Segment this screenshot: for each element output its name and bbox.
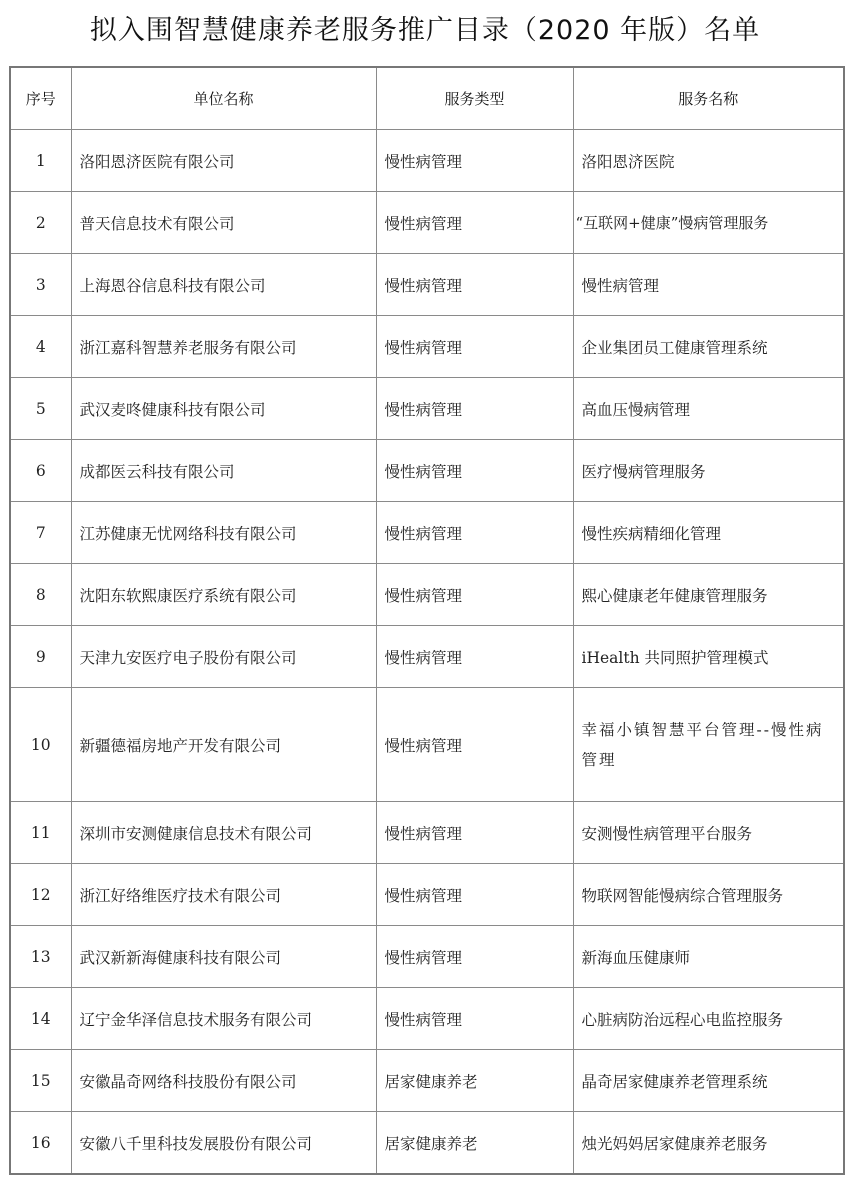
row-unit-name: 辽宁金华泽信息技术服务有限公司 bbox=[71, 988, 376, 1050]
row-index: 3 bbox=[10, 254, 71, 316]
table-row: 6 成都医云科技有限公司 慢性病管理 医疗慢病管理服务 bbox=[10, 440, 844, 502]
header-service-type: 服务类型 bbox=[376, 67, 573, 130]
row-service-type: 慢性病管理 bbox=[376, 688, 573, 802]
row-service-name: 洛阳恩济医院 bbox=[573, 130, 844, 192]
row-unit-name: 洛阳恩济医院有限公司 bbox=[71, 130, 376, 192]
row-service-name: 慢性疾病精细化管理 bbox=[573, 502, 844, 564]
row-service-type: 慢性病管理 bbox=[376, 130, 573, 192]
table-row: 10 新疆德福房地产开发有限公司 慢性病管理 幸福小镇智慧平台管理--慢性病管理 bbox=[10, 688, 844, 802]
row-service-name: 心脏病防治远程心电监控服务 bbox=[573, 988, 844, 1050]
row-service-name: 幸福小镇智慧平台管理--慢性病管理 bbox=[573, 688, 844, 802]
table-row: 16 安徽八千里科技发展股份有限公司 居家健康养老 烛光妈妈居家健康养老服务 bbox=[10, 1112, 844, 1175]
row-service-name: “互联网+健康”慢病管理服务 bbox=[573, 192, 844, 254]
row-index: 10 bbox=[10, 688, 71, 802]
row-index: 7 bbox=[10, 502, 71, 564]
row-service-type: 慢性病管理 bbox=[376, 988, 573, 1050]
table-row: 11 深圳市安测健康信息技术有限公司 慢性病管理 安测慢性病管理平台服务 bbox=[10, 802, 844, 864]
row-service-type: 慢性病管理 bbox=[376, 626, 573, 688]
row-index: 14 bbox=[10, 988, 71, 1050]
row-unit-name: 安徽晶奇网络科技股份有限公司 bbox=[71, 1050, 376, 1112]
header-unit-name: 单位名称 bbox=[71, 67, 376, 130]
table-row: 7 江苏健康无忧网络科技有限公司 慢性病管理 慢性疾病精细化管理 bbox=[10, 502, 844, 564]
table-row: 8 沈阳东软熙康医疗系统有限公司 慢性病管理 熙心健康老年健康管理服务 bbox=[10, 564, 844, 626]
row-unit-name: 深圳市安测健康信息技术有限公司 bbox=[71, 802, 376, 864]
row-index: 11 bbox=[10, 802, 71, 864]
row-unit-name: 天津九安医疗电子股份有限公司 bbox=[71, 626, 376, 688]
row-index: 5 bbox=[10, 378, 71, 440]
row-unit-name: 安徽八千里科技发展股份有限公司 bbox=[71, 1112, 376, 1175]
row-index: 15 bbox=[10, 1050, 71, 1112]
row-unit-name: 武汉麦咚健康科技有限公司 bbox=[71, 378, 376, 440]
table-row: 1 洛阳恩济医院有限公司 慢性病管理 洛阳恩济医院 bbox=[10, 130, 844, 192]
row-unit-name: 江苏健康无忧网络科技有限公司 bbox=[71, 502, 376, 564]
row-index: 16 bbox=[10, 1112, 71, 1175]
table-row: 4 浙江嘉科智慧养老服务有限公司 慢性病管理 企业集团员工健康管理系统 bbox=[10, 316, 844, 378]
document-title: 拟入围智慧健康养老服务推广目录（2020 年版）名单 bbox=[0, 8, 850, 47]
row-service-type: 慢性病管理 bbox=[376, 378, 573, 440]
row-service-name: 慢性病管理 bbox=[573, 254, 844, 316]
table-row: 15 安徽晶奇网络科技股份有限公司 居家健康养老 晶奇居家健康养老管理系统 bbox=[10, 1050, 844, 1112]
row-index: 1 bbox=[10, 130, 71, 192]
row-service-type: 慢性病管理 bbox=[376, 316, 573, 378]
table-row: 9 天津九安医疗电子股份有限公司 慢性病管理 iHealth 共同照护管理模式 bbox=[10, 626, 844, 688]
row-index: 4 bbox=[10, 316, 71, 378]
row-service-name: 晶奇居家健康养老管理系统 bbox=[573, 1050, 844, 1112]
row-index: 9 bbox=[10, 626, 71, 688]
row-unit-name: 浙江好络维医疗技术有限公司 bbox=[71, 864, 376, 926]
header-index: 序号 bbox=[10, 67, 71, 130]
row-unit-name: 上海恩谷信息科技有限公司 bbox=[71, 254, 376, 316]
service-list-table: 序号 单位名称 服务类型 服务名称 1 洛阳恩济医院有限公司 慢性病管理 洛阳恩… bbox=[9, 66, 845, 1175]
row-service-type: 慢性病管理 bbox=[376, 926, 573, 988]
row-service-type: 慢性病管理 bbox=[376, 864, 573, 926]
table-row: 2 普天信息技术有限公司 慢性病管理 “互联网+健康”慢病管理服务 bbox=[10, 192, 844, 254]
row-service-type: 慢性病管理 bbox=[376, 564, 573, 626]
row-unit-name: 成都医云科技有限公司 bbox=[71, 440, 376, 502]
row-index: 13 bbox=[10, 926, 71, 988]
row-service-type: 慢性病管理 bbox=[376, 192, 573, 254]
row-index: 6 bbox=[10, 440, 71, 502]
row-service-name: iHealth 共同照护管理模式 bbox=[573, 626, 844, 688]
table-row: 13 武汉新新海健康科技有限公司 慢性病管理 新海血压健康师 bbox=[10, 926, 844, 988]
row-service-type: 居家健康养老 bbox=[376, 1050, 573, 1112]
row-service-name: 企业集团员工健康管理系统 bbox=[573, 316, 844, 378]
table-row: 12 浙江好络维医疗技术有限公司 慢性病管理 物联网智能慢病综合管理服务 bbox=[10, 864, 844, 926]
table-row: 14 辽宁金华泽信息技术服务有限公司 慢性病管理 心脏病防治远程心电监控服务 bbox=[10, 988, 844, 1050]
row-service-type: 慢性病管理 bbox=[376, 440, 573, 502]
row-unit-name: 武汉新新海健康科技有限公司 bbox=[71, 926, 376, 988]
row-service-name: 熙心健康老年健康管理服务 bbox=[573, 564, 844, 626]
row-service-name: 医疗慢病管理服务 bbox=[573, 440, 844, 502]
row-service-name: 安测慢性病管理平台服务 bbox=[573, 802, 844, 864]
row-index: 12 bbox=[10, 864, 71, 926]
row-index: 2 bbox=[10, 192, 71, 254]
row-unit-name: 普天信息技术有限公司 bbox=[71, 192, 376, 254]
table-row: 5 武汉麦咚健康科技有限公司 慢性病管理 高血压慢病管理 bbox=[10, 378, 844, 440]
header-service-name: 服务名称 bbox=[573, 67, 844, 130]
table-header-row: 序号 单位名称 服务类型 服务名称 bbox=[10, 67, 844, 130]
row-service-type: 慢性病管理 bbox=[376, 802, 573, 864]
row-service-name: 物联网智能慢病综合管理服务 bbox=[573, 864, 844, 926]
row-unit-name: 浙江嘉科智慧养老服务有限公司 bbox=[71, 316, 376, 378]
row-service-name: 烛光妈妈居家健康养老服务 bbox=[573, 1112, 844, 1175]
row-service-name: 高血压慢病管理 bbox=[573, 378, 844, 440]
table-row: 3 上海恩谷信息科技有限公司 慢性病管理 慢性病管理 bbox=[10, 254, 844, 316]
row-service-type: 慢性病管理 bbox=[376, 502, 573, 564]
row-service-type: 居家健康养老 bbox=[376, 1112, 573, 1175]
row-service-type: 慢性病管理 bbox=[376, 254, 573, 316]
row-unit-name: 沈阳东软熙康医疗系统有限公司 bbox=[71, 564, 376, 626]
row-unit-name: 新疆德福房地产开发有限公司 bbox=[71, 688, 376, 802]
row-service-name: 新海血压健康师 bbox=[573, 926, 844, 988]
row-index: 8 bbox=[10, 564, 71, 626]
